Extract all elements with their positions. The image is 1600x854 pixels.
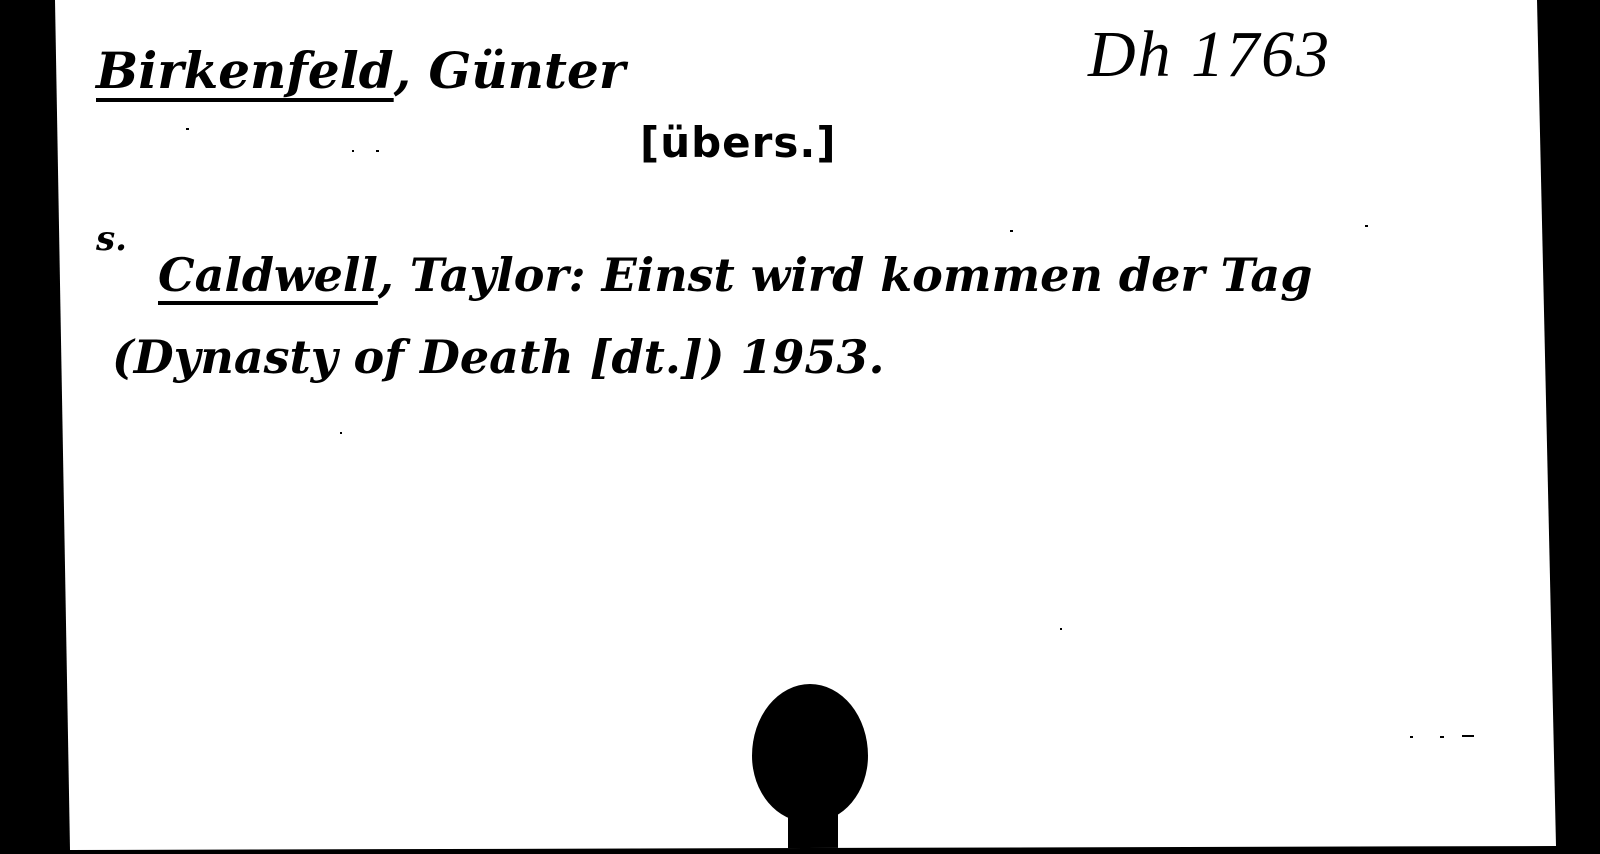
shelfmark: Dh 1763 xyxy=(1088,22,1331,88)
heading-surname: Birkenfeld xyxy=(96,41,394,100)
reference-author-rest: , Taylor: xyxy=(378,248,602,302)
scan-speck xyxy=(376,150,379,152)
heading-separator: , xyxy=(394,41,429,100)
scan-speck xyxy=(186,128,189,130)
scanned-card-image: Birkenfeld, Günter [übers.] Dh 1763 s. C… xyxy=(0,0,1600,854)
scan-speck xyxy=(340,432,342,434)
punch-hole-stem xyxy=(788,800,838,854)
scan-speck xyxy=(1010,230,1013,232)
scan-speck xyxy=(1410,736,1413,738)
catalog-card: Birkenfeld, Günter [übers.] Dh 1763 s. C… xyxy=(0,0,1600,854)
reference-entry-line-2: (Dynasty of Death [dt.]) 1953. xyxy=(112,334,884,380)
punch-hole-edge xyxy=(792,681,832,689)
see-reference-marker: s. xyxy=(96,222,127,256)
scan-speck xyxy=(352,150,354,152)
reference-entry-line-1: Caldwell, Taylor: Einst wird kommen der … xyxy=(158,252,1312,298)
card-heading: Birkenfeld, Günter xyxy=(96,46,625,96)
heading-role: [übers.] xyxy=(640,122,837,164)
heading-given-name: Günter xyxy=(429,41,626,100)
scan-speck xyxy=(1365,225,1368,227)
reference-title: Einst wird kommen der Tag xyxy=(602,248,1313,302)
scan-speck xyxy=(1462,735,1474,737)
reference-author-surname: Caldwell xyxy=(158,248,378,302)
scan-speck xyxy=(1440,736,1444,738)
scan-speck xyxy=(1060,628,1062,630)
